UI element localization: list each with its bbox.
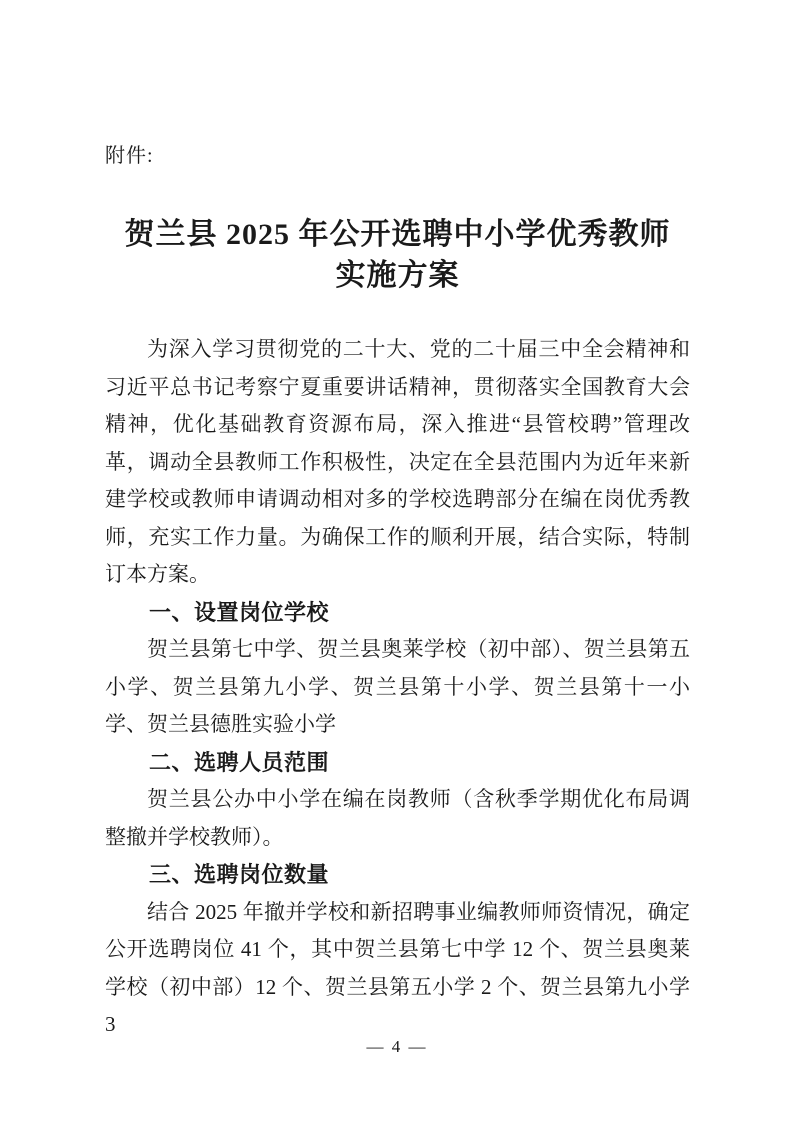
section-body-1: 贺兰县第七中学、贺兰县奥莱学校（初中部）、贺兰县第五小学、贺兰县第九小学、贺兰县… [105, 631, 690, 744]
document-content: 附件: 贺兰县 2025 年公开选聘中小学优秀教师 实施方案 为深入学习贯彻党的… [105, 143, 690, 1044]
document-title: 贺兰县 2025 年公开选聘中小学优秀教师 实施方案 [105, 214, 690, 296]
document-title-line-2: 实施方案 [105, 255, 690, 296]
document-title-line-1: 贺兰县 2025 年公开选聘中小学优秀教师 [105, 214, 690, 255]
attachment-label: 附件: [105, 143, 690, 169]
section-heading-3: 三、选聘岗位数量 [105, 856, 690, 894]
section-body-2: 贺兰县公办中小学在编在岗教师（含秋季学期优化布局调整撤并学校教师）。 [105, 781, 690, 856]
intro-paragraph: 为深入学习贯彻党的二十大、党的二十届三中全会精神和习近平总书记考察宁夏重要讲话精… [105, 331, 690, 594]
page-footer: — 4 — [0, 1036, 794, 1058]
section-heading-1: 一、设置岗位学校 [105, 594, 690, 632]
document-page: 附件: 贺兰县 2025 年公开选聘中小学优秀教师 实施方案 为深入学习贯彻党的… [0, 0, 794, 1123]
section-heading-2: 二、选聘人员范围 [105, 744, 690, 782]
page-number: — 4 — [367, 1037, 428, 1056]
section-body-3: 结合 2025 年撤并学校和新招聘事业编教师师资情况，确定公开选聘岗位 41 个… [105, 894, 690, 1044]
document-body: 为深入学习贯彻党的二十大、党的二十届三中全会精神和习近平总书记考察宁夏重要讲话精… [105, 331, 690, 1044]
